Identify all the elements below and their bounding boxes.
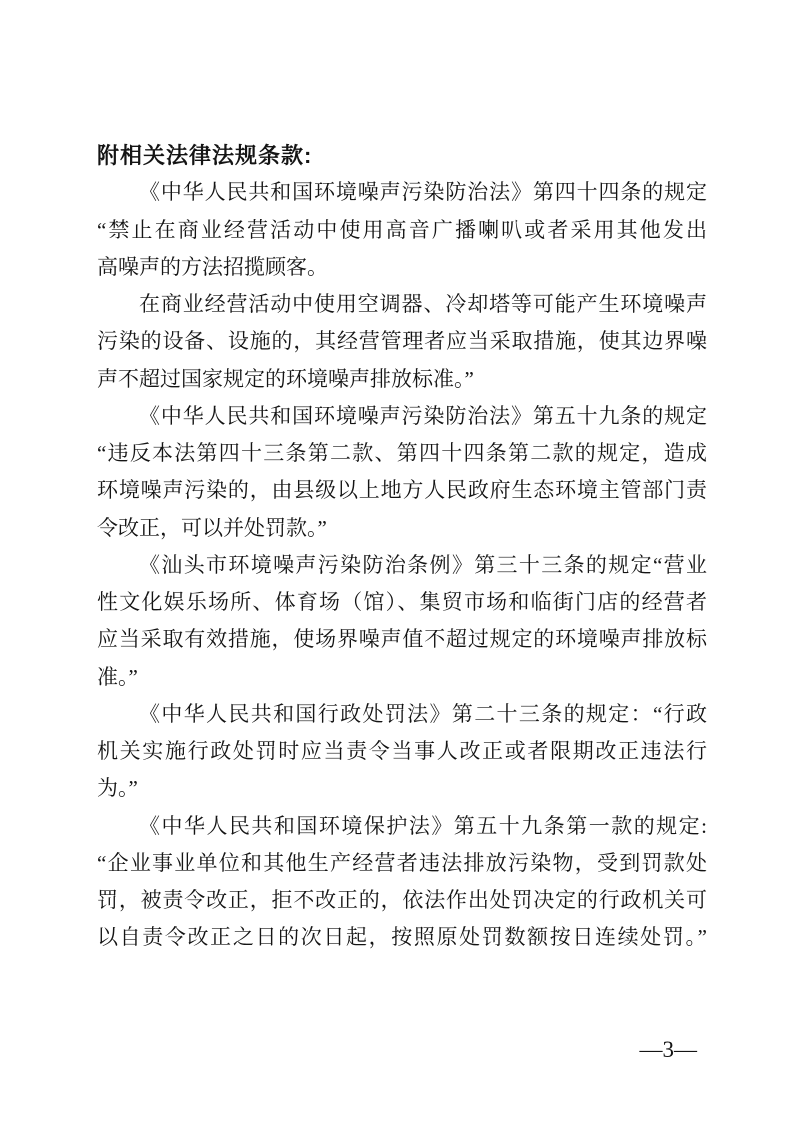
text-line: 应当采取有效措施，使场界噪声值不超过规定的环境噪声排放标 [97, 621, 707, 658]
text-line: 高噪声的方法招揽顾客。 [97, 249, 707, 286]
legal-paragraph: 《中华人民共和国环境保护法》第五十九条第一款的规定: “企业事业单位和其他生产经… [97, 808, 707, 957]
legal-paragraph: 《中华人民共和国环境噪声污染防治法》第五十九条的规定 “违反本法第四十三条第二款… [97, 398, 707, 547]
legal-paragraph: 在商业经营活动中使用空调器、冷却塔等可能产生环境噪声 污染的设备、设施的，其经营… [97, 286, 707, 398]
text-line: 污染的设备、设施的，其经营管理者应当采取措施，使其边界噪 [97, 323, 707, 360]
document-page: 附相关法律法规条款: 《中华人民共和国环境噪声污染防治法》第四十四条的规定 “禁… [0, 0, 793, 1122]
text-line: 性文化娱乐场所、体育场（馆）、集贸市场和临街门店的经营者 [97, 584, 707, 621]
document-body: 附相关法律法规条款: 《中华人民共和国环境噪声污染防治法》第四十四条的规定 “禁… [97, 137, 707, 957]
legal-paragraph: 《中华人民共和国环境噪声污染防治法》第四十四条的规定 “禁止在商业经营活动中使用… [97, 174, 707, 286]
section-heading: 附相关法律法规条款: [97, 137, 707, 174]
legal-paragraph: 《中华人民共和国行政处罚法》第二十三条的规定：“行政 机关实施行政处罚时应当责令… [97, 696, 707, 808]
text-line: 准。” [97, 659, 707, 696]
text-line: 《中华人民共和国环境保护法》第五十九条第一款的规定: [97, 808, 707, 845]
text-line: 为。” [97, 770, 707, 807]
text-line: 机关实施行政处罚时应当责令当事人改正或者限期改正违法行 [97, 733, 707, 770]
text-line: 环境噪声污染的，由县级以上地方人民政府生态环境主管部门责 [97, 472, 707, 509]
text-line: 声不超过国家规定的环境噪声排放标准。” [97, 361, 707, 398]
text-line: 《中华人民共和国行政处罚法》第二十三条的规定：“行政 [97, 696, 707, 733]
text-line: 以自责令改正之日的次日起，按照原处罚数额按日连续处罚。” [97, 919, 707, 956]
text-line: “禁止在商业经营活动中使用高音广播喇叭或者采用其他发出 [97, 212, 707, 249]
text-line: 《中华人民共和国环境噪声污染防治法》第四十四条的规定 [97, 174, 707, 211]
text-line: “违反本法第四十三条第二款、第四十四条第二款的规定，造成 [97, 435, 707, 472]
text-line: 在商业经营活动中使用空调器、冷却塔等可能产生环境噪声 [97, 286, 707, 323]
page-number: —3— [640, 1036, 698, 1064]
text-line: “企业事业单位和其他生产经营者违法排放污染物，受到罚款处 [97, 845, 707, 882]
text-line: 《中华人民共和国环境噪声污染防治法》第五十九条的规定 [97, 398, 707, 435]
text-line: 罚，被责令改正，拒不改正的，依法作出处罚决定的行政机关可 [97, 882, 707, 919]
legal-paragraph: 《汕头市环境噪声污染防治条例》第三十三条的规定“营业 性文化娱乐场所、体育场（馆… [97, 547, 707, 696]
text-line: 《汕头市环境噪声污染防治条例》第三十三条的规定“营业 [97, 547, 707, 584]
text-line: 令改正，可以并处罚款。” [97, 510, 707, 547]
